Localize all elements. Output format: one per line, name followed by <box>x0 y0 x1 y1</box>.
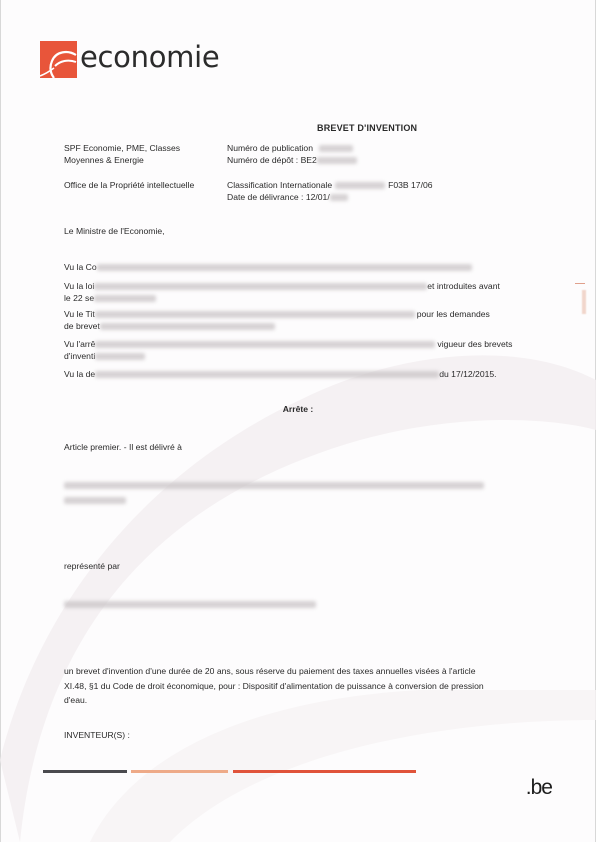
redacted-text <box>95 353 145 360</box>
redacted-text <box>64 482 484 489</box>
article-first: Article premier. - Il est délivré à <box>64 442 182 454</box>
footer-stripe-peach <box>131 770 228 773</box>
consideration-2-line2: le 22 se <box>64 293 156 305</box>
redacted-text <box>64 601 316 608</box>
consideration-4: Vu l'arrêvigueur des brevets <box>64 339 512 351</box>
grant-text-line2: XI.48, §1 du Code de droit économique, p… <box>64 681 484 693</box>
consideration-text: pour les demandes <box>417 309 490 319</box>
redacted-publication-number <box>319 145 353 152</box>
redacted-text <box>100 323 275 330</box>
consideration-text: d'inventi <box>64 351 95 361</box>
consideration-text: et introduites avant <box>427 281 500 291</box>
issuer-line1: SPF Economie, PME, Classes <box>64 143 180 155</box>
watermark-swoosh <box>0 0 596 842</box>
consideration-text: vigueur des brevets <box>437 339 512 349</box>
footer-stripe-red <box>233 770 416 773</box>
minister-line: Le Ministre de l'Economie, <box>64 226 165 238</box>
redacted-grantee <box>64 482 484 504</box>
redacted-text <box>94 283 427 290</box>
classification-label: Classification Internationale <box>227 180 332 190</box>
consideration-2: Vu la loiet introduites avant <box>64 281 500 293</box>
deposit-number: Numéro de dépôt : BE2 <box>227 155 357 167</box>
consideration-4-line2: d'inventi <box>64 351 145 363</box>
delivery-date: Date de délivrance : 12/01/ <box>227 192 348 204</box>
redacted-delivery-year <box>330 194 348 201</box>
publication-label: Numéro de publication <box>227 143 313 153</box>
represented-by: représenté par <box>64 561 120 573</box>
consideration-text: le 22 se <box>64 293 94 303</box>
consideration-text: Vu la de <box>64 369 95 379</box>
consideration-text: Vu la Co <box>64 262 97 272</box>
margin-mark <box>575 283 585 284</box>
consideration-1: Vu la Co <box>64 262 472 274</box>
deposit-label: Numéro de dépôt : BE2 <box>227 155 317 165</box>
issuer-line2: Moyennes & Energie <box>64 155 144 167</box>
grant-text-line1: un brevet d'invention d'une durée de 20 … <box>64 666 475 678</box>
consideration-3-line2: de brevet <box>64 321 275 333</box>
classification: Classification InternationaleF03B 17/06 <box>227 180 433 192</box>
margin-stamp <box>582 290 586 314</box>
consideration-text: Vu le Tit <box>64 309 95 319</box>
consideration-text: de brevet <box>64 321 100 331</box>
page-edge-left <box>0 0 1 842</box>
redacted-text <box>95 311 415 318</box>
consideration-text: Vu l'arrê <box>64 339 95 349</box>
inventors-label: INVENTEUR(S) : <box>64 730 130 742</box>
economie-swoosh-icon <box>40 41 77 78</box>
issuer-office: Office de la Propriété intellectuelle <box>64 180 194 192</box>
redacted-classification <box>335 182 385 189</box>
logo-text: economie <box>80 43 219 72</box>
redacted-text <box>64 497 126 504</box>
footer-stripe-dark <box>43 770 127 773</box>
economie-logo: economie <box>40 41 219 78</box>
consideration-text: du 17/12/2015. <box>439 369 496 379</box>
consideration-text: Vu la loi <box>64 281 94 291</box>
be-logo: .be <box>526 776 552 800</box>
redacted-representative <box>64 601 316 608</box>
consideration-3: Vu le Titpour les demandes <box>64 309 490 321</box>
redacted-deposit-number <box>317 157 357 164</box>
consideration-5: Vu la dedu 17/12/2015. <box>64 369 497 381</box>
redacted-text <box>95 371 439 378</box>
publication-number: Numéro de publication <box>227 143 353 155</box>
redacted-text <box>95 341 435 348</box>
delivery-label: Date de délivrance : 12/01/ <box>227 192 330 202</box>
classification-code: F03B 17/06 <box>388 180 432 190</box>
grant-text-line3: d'eau. <box>64 695 87 707</box>
decree-heading: Arrête : <box>0 404 596 416</box>
redacted-text <box>97 264 472 271</box>
redacted-text <box>94 295 156 302</box>
document-title: BREVET D'INVENTION <box>317 123 417 133</box>
